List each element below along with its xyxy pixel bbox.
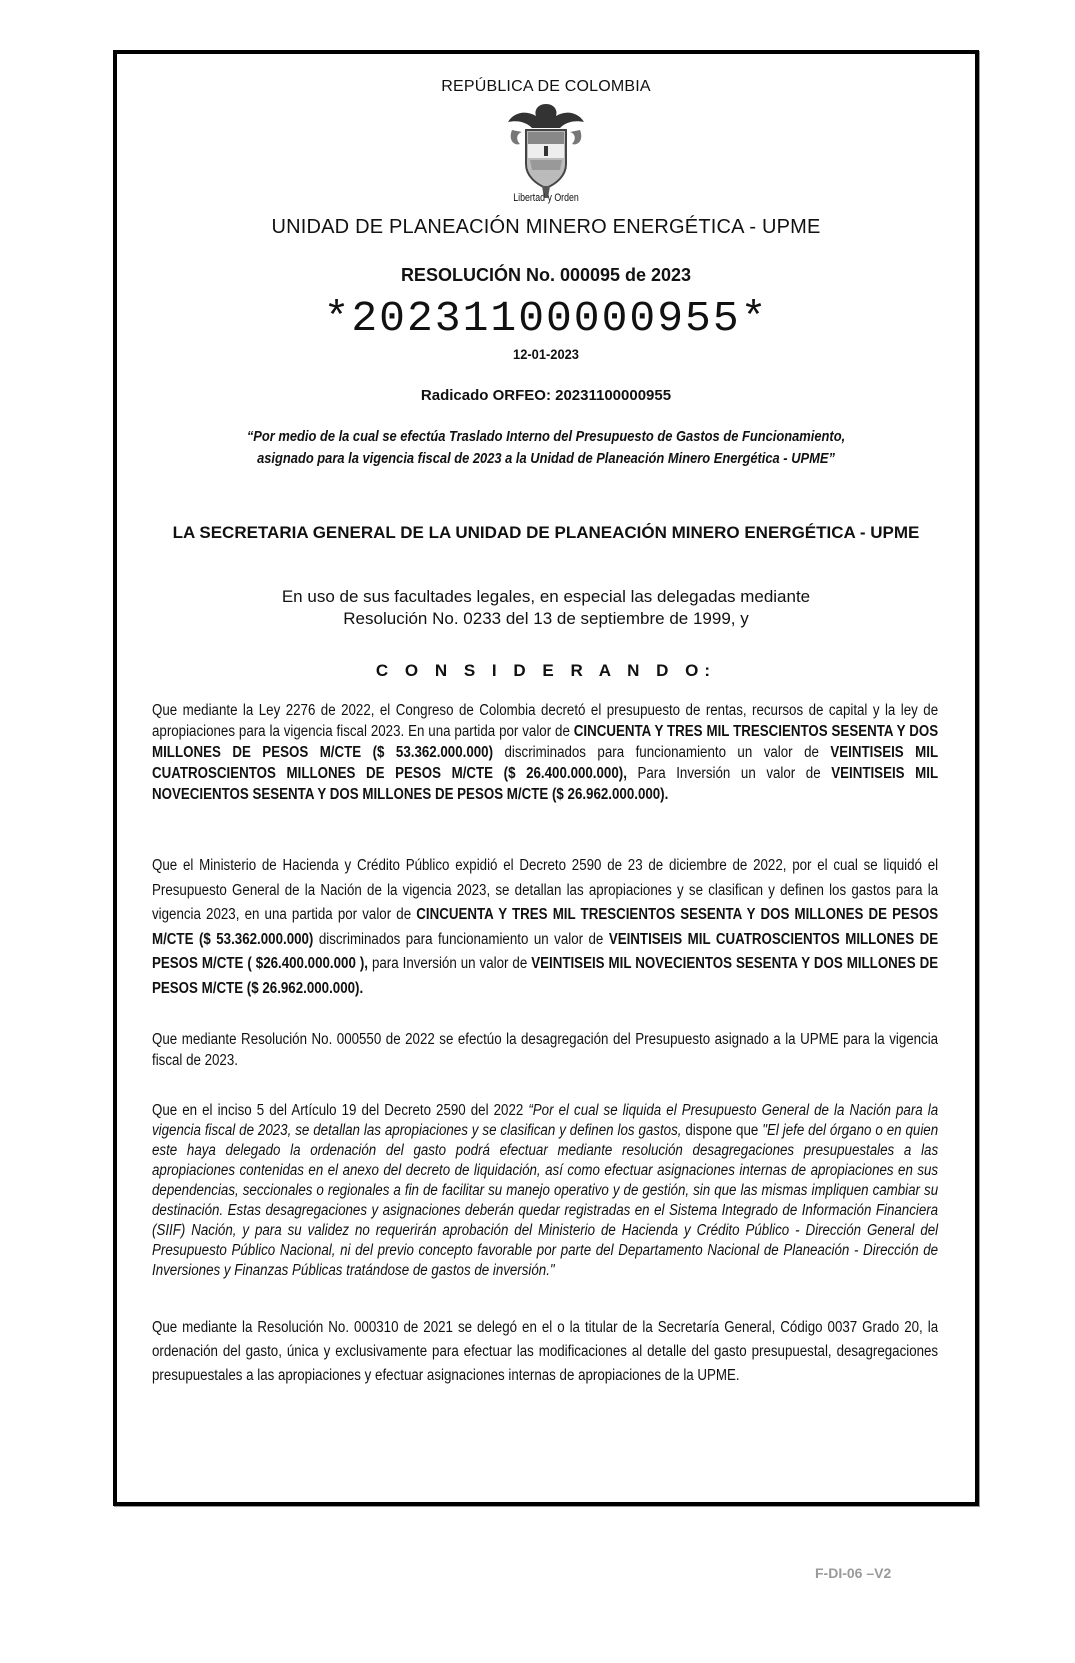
- colombia-coat-of-arms-icon: [504, 100, 588, 200]
- legal-faculties: En uso de sus facultades legales, en esp…: [117, 586, 975, 630]
- faculties-line-2: Resolución No. 0233 del 13 de septiembre…: [117, 608, 975, 630]
- form-code: F-DI-06 –V2: [815, 1565, 891, 1581]
- p1-text-c: discriminados para funcionamiento un val…: [493, 744, 830, 761]
- p4-text-a: Que en el inciso 5 del Artículo 19 del D…: [152, 1102, 528, 1119]
- country-heading: REPÚBLICA DE COLOMBIA: [117, 78, 975, 96]
- considerando-heading: C O N S I D E R A N D O:: [117, 661, 975, 681]
- resolution-number: RESOLUCIÓN No. 000095 de 2023: [117, 265, 975, 286]
- faculties-line-1: En uso de sus facultades legales, en esp…: [117, 586, 975, 608]
- entity-name: UNIDAD DE PLANEACIÓN MINERO ENERGÉTICA -…: [117, 216, 975, 239]
- radicado-orfeo: Radicado ORFEO: 20231100000955: [117, 387, 975, 404]
- issuing-authority: LA SECRETARIA GENERAL DE LA UNIDAD DE PL…: [147, 522, 945, 543]
- p4-quote: "El jefe del órgano o en quien este haya…: [152, 1122, 938, 1279]
- p3-text: Que mediante Resolución No. 000550 de 20…: [152, 1029, 938, 1071]
- resolution-subject: “Por medio de la cual se efectúa Traslad…: [246, 426, 846, 470]
- paragraph-resolucion-000310: Que mediante la Resolución No. 000310 de…: [152, 1316, 940, 1388]
- resolution-date: 12-01-2023: [151, 346, 940, 362]
- p2-text-e: para Inversión un valor de: [368, 955, 531, 972]
- document-frame: REPÚBLICA DE COLOMBIA Libertad y Orden U…: [113, 50, 979, 1506]
- paragraph-resolucion-000550: Que mediante Resolución No. 000550 de 20…: [152, 1029, 940, 1071]
- p2-text-c: discriminados para funcionamiento un val…: [313, 931, 608, 948]
- paragraph-articulo-19: Que en el inciso 5 del Artículo 19 del D…: [152, 1101, 940, 1281]
- paragraph-ley-2276: Que mediante la Ley 2276 de 2022, el Con…: [152, 700, 940, 805]
- barcode-text: *20231100000955*: [117, 294, 975, 343]
- p4-text-c: dispone que: [681, 1122, 762, 1139]
- p5-text: Que mediante la Resolución No. 000310 de…: [152, 1316, 938, 1388]
- paragraph-decreto-2590: Que el Ministerio de Hacienda y Crédito …: [152, 854, 940, 1001]
- p1-text-e: Para Inversión un valor de: [627, 765, 831, 782]
- national-motto: Libertad y Orden: [203, 192, 889, 204]
